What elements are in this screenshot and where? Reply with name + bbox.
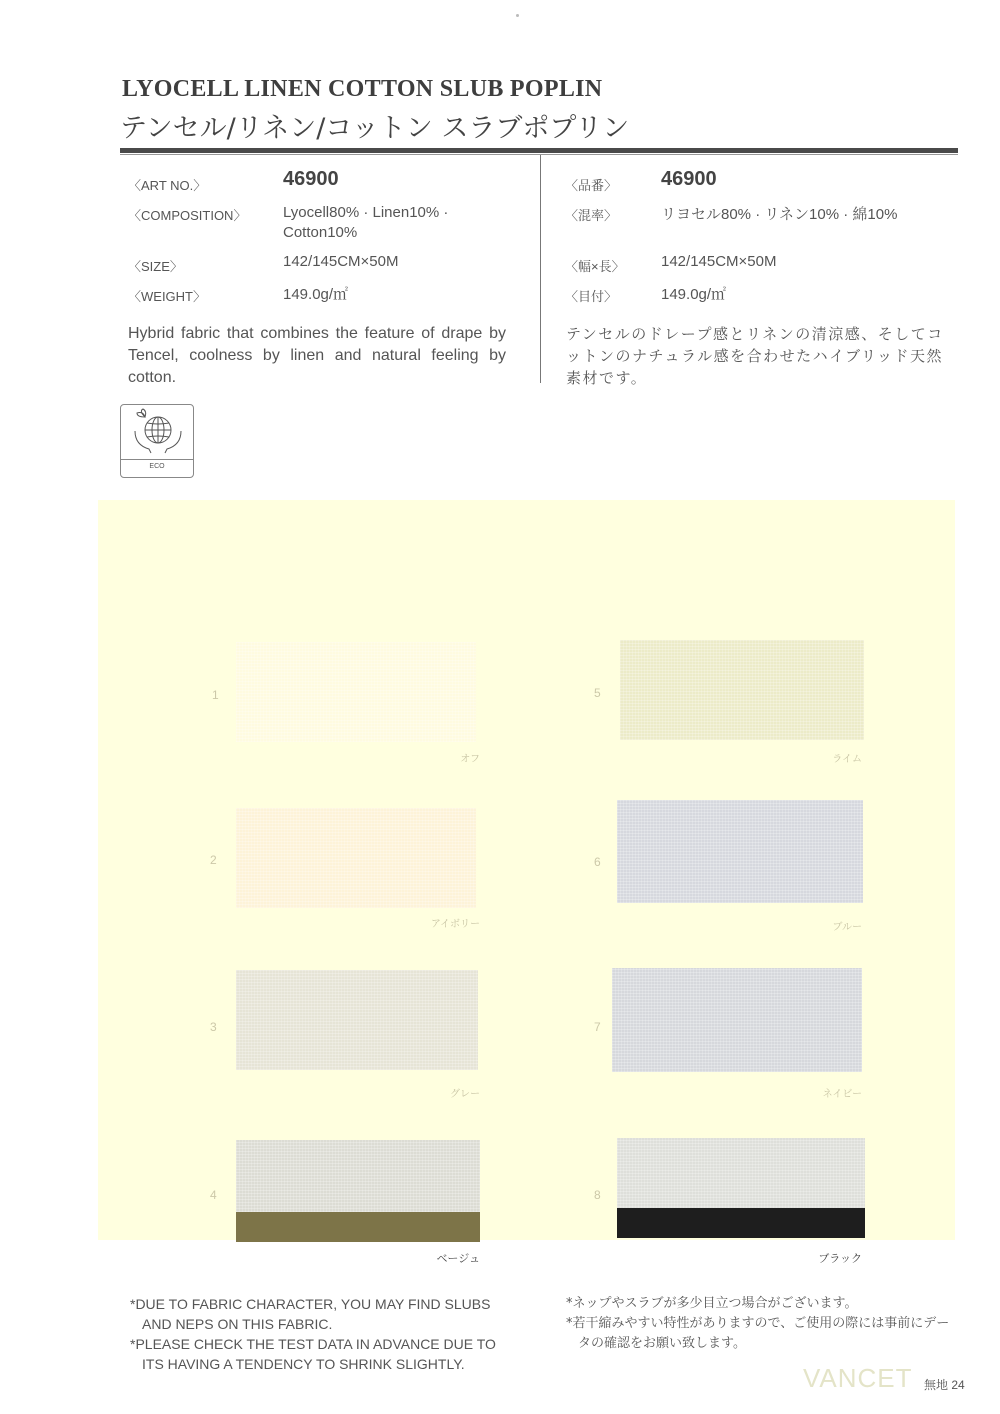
swatch-number: 2 xyxy=(210,853,217,867)
spec-value-hinban: 46900 xyxy=(661,168,717,191)
brand-logo: VANCET xyxy=(803,1363,913,1394)
swatch-color-name: オフ xyxy=(380,750,480,765)
swatch-color-name: アイボリー xyxy=(380,915,480,930)
spec-label-composition: 〈COMPOSITION〉 xyxy=(128,205,246,224)
swatch-number: 3 xyxy=(210,1020,217,1034)
spec-value-konritsu: リヨセル80% · リネン10% · 綿10% xyxy=(661,203,897,224)
notes-english: *DUE TO FABRIC CHARACTER, YOU MAY FIND S… xyxy=(130,1294,510,1374)
title-english: LYOCELL LINEN COTTON SLUB POPLIN xyxy=(122,76,602,103)
spec-value-composition: Lyocell80% · Linen10% · Cotton10% xyxy=(283,203,503,243)
fabric-strip-8 xyxy=(617,1208,865,1238)
swatch-color-name: ライム xyxy=(762,750,862,765)
eco-globe-hands-icon xyxy=(121,405,193,455)
swatch-number: 6 xyxy=(594,855,601,869)
swatch-number: 5 xyxy=(594,686,601,700)
spec-value-art-no: 46900 xyxy=(283,168,339,191)
eco-badge-label: ECO xyxy=(121,463,193,470)
fabric-swatch-6 xyxy=(617,800,863,903)
note-jp-2: *若干縮みやすい特性がありますので、ご使用の際には事前にデータの確認をお願い致し… xyxy=(566,1314,956,1354)
fabric-texture xyxy=(620,640,864,740)
fabric-swatch-8 xyxy=(617,1138,865,1213)
spec-label-width-length: 〈幅×長〉 xyxy=(565,256,625,275)
eco-badge: ECO xyxy=(120,404,194,478)
fabric-texture xyxy=(236,808,476,908)
page-number: 無地 24 xyxy=(924,1376,965,1393)
swatch-color-name: グレー xyxy=(380,1085,480,1100)
paper-speck xyxy=(516,14,519,17)
fabric-texture xyxy=(236,970,478,1070)
fabric-texture xyxy=(617,800,863,903)
swatch-number: 1 xyxy=(212,688,219,702)
swatch-color-name: ネイビー xyxy=(762,1085,862,1100)
spec-label-art-no: 〈ART NO.〉 xyxy=(128,175,206,194)
swatch-number: 8 xyxy=(594,1188,601,1202)
spec-label-size: 〈SIZE〉 xyxy=(128,256,183,275)
fabric-swatch-2 xyxy=(236,808,476,908)
spec-label-konritsu: 〈混率〉 xyxy=(565,205,617,224)
swatch-number: 4 xyxy=(210,1188,217,1202)
description-japanese: テンセルのドレープ感とリネンの清涼感、そしてコットンのナチュラル感を合わせたハイ… xyxy=(566,323,946,389)
note-en-2: *PLEASE CHECK THE TEST DATA IN ADVANCE D… xyxy=(130,1334,510,1374)
note-en-1: *DUE TO FABRIC CHARACTER, YOU MAY FIND S… xyxy=(130,1294,510,1334)
fabric-strip-4 xyxy=(236,1212,480,1242)
spec-label-metsuke: 〈目付〉 xyxy=(565,286,617,305)
title-japanese: テンセル/リネン/コットン スラブポプリン xyxy=(120,106,629,145)
spec-value-metsuke: 149.0g/㎡ xyxy=(661,283,726,304)
spec-value-size: 142/145CM×50M xyxy=(283,253,399,270)
fabric-texture xyxy=(236,1140,480,1215)
description-english: Hybrid fabric that combines the feature … xyxy=(128,323,506,389)
fabric-texture xyxy=(612,968,862,1072)
swatch-number: 7 xyxy=(594,1020,601,1034)
spec-value-weight: 149.0g/㎡ xyxy=(283,283,348,304)
fabric-swatch-5 xyxy=(620,640,864,740)
notes-japanese: *ネップやスラブが多少目立つ場合がございます。 *若干縮みやすい特性がありますの… xyxy=(566,1294,956,1354)
swatch-color-name: ブラック xyxy=(762,1250,862,1266)
spec-label-weight: 〈WEIGHT〉 xyxy=(128,286,206,305)
spec-value-width-length: 142/145CM×50M xyxy=(661,253,777,270)
fabric-texture xyxy=(617,1138,865,1213)
fabric-texture xyxy=(236,642,476,742)
fabric-swatch-4 xyxy=(236,1140,480,1215)
header-rule-thin xyxy=(120,154,958,155)
swatch-color-name: ブルー xyxy=(762,918,862,933)
note-jp-1: *ネップやスラブが多少目立つ場合がございます。 xyxy=(566,1294,956,1314)
fabric-swatch-3 xyxy=(236,970,478,1070)
column-divider xyxy=(540,155,541,383)
fabric-swatch-7 xyxy=(612,968,862,1072)
eco-badge-divider xyxy=(121,459,193,460)
header-rule xyxy=(120,148,958,153)
fabric-swatch-1 xyxy=(236,642,476,742)
swatch-color-name: ベージュ xyxy=(380,1250,480,1266)
spec-label-hinban: 〈品番〉 xyxy=(565,175,617,194)
